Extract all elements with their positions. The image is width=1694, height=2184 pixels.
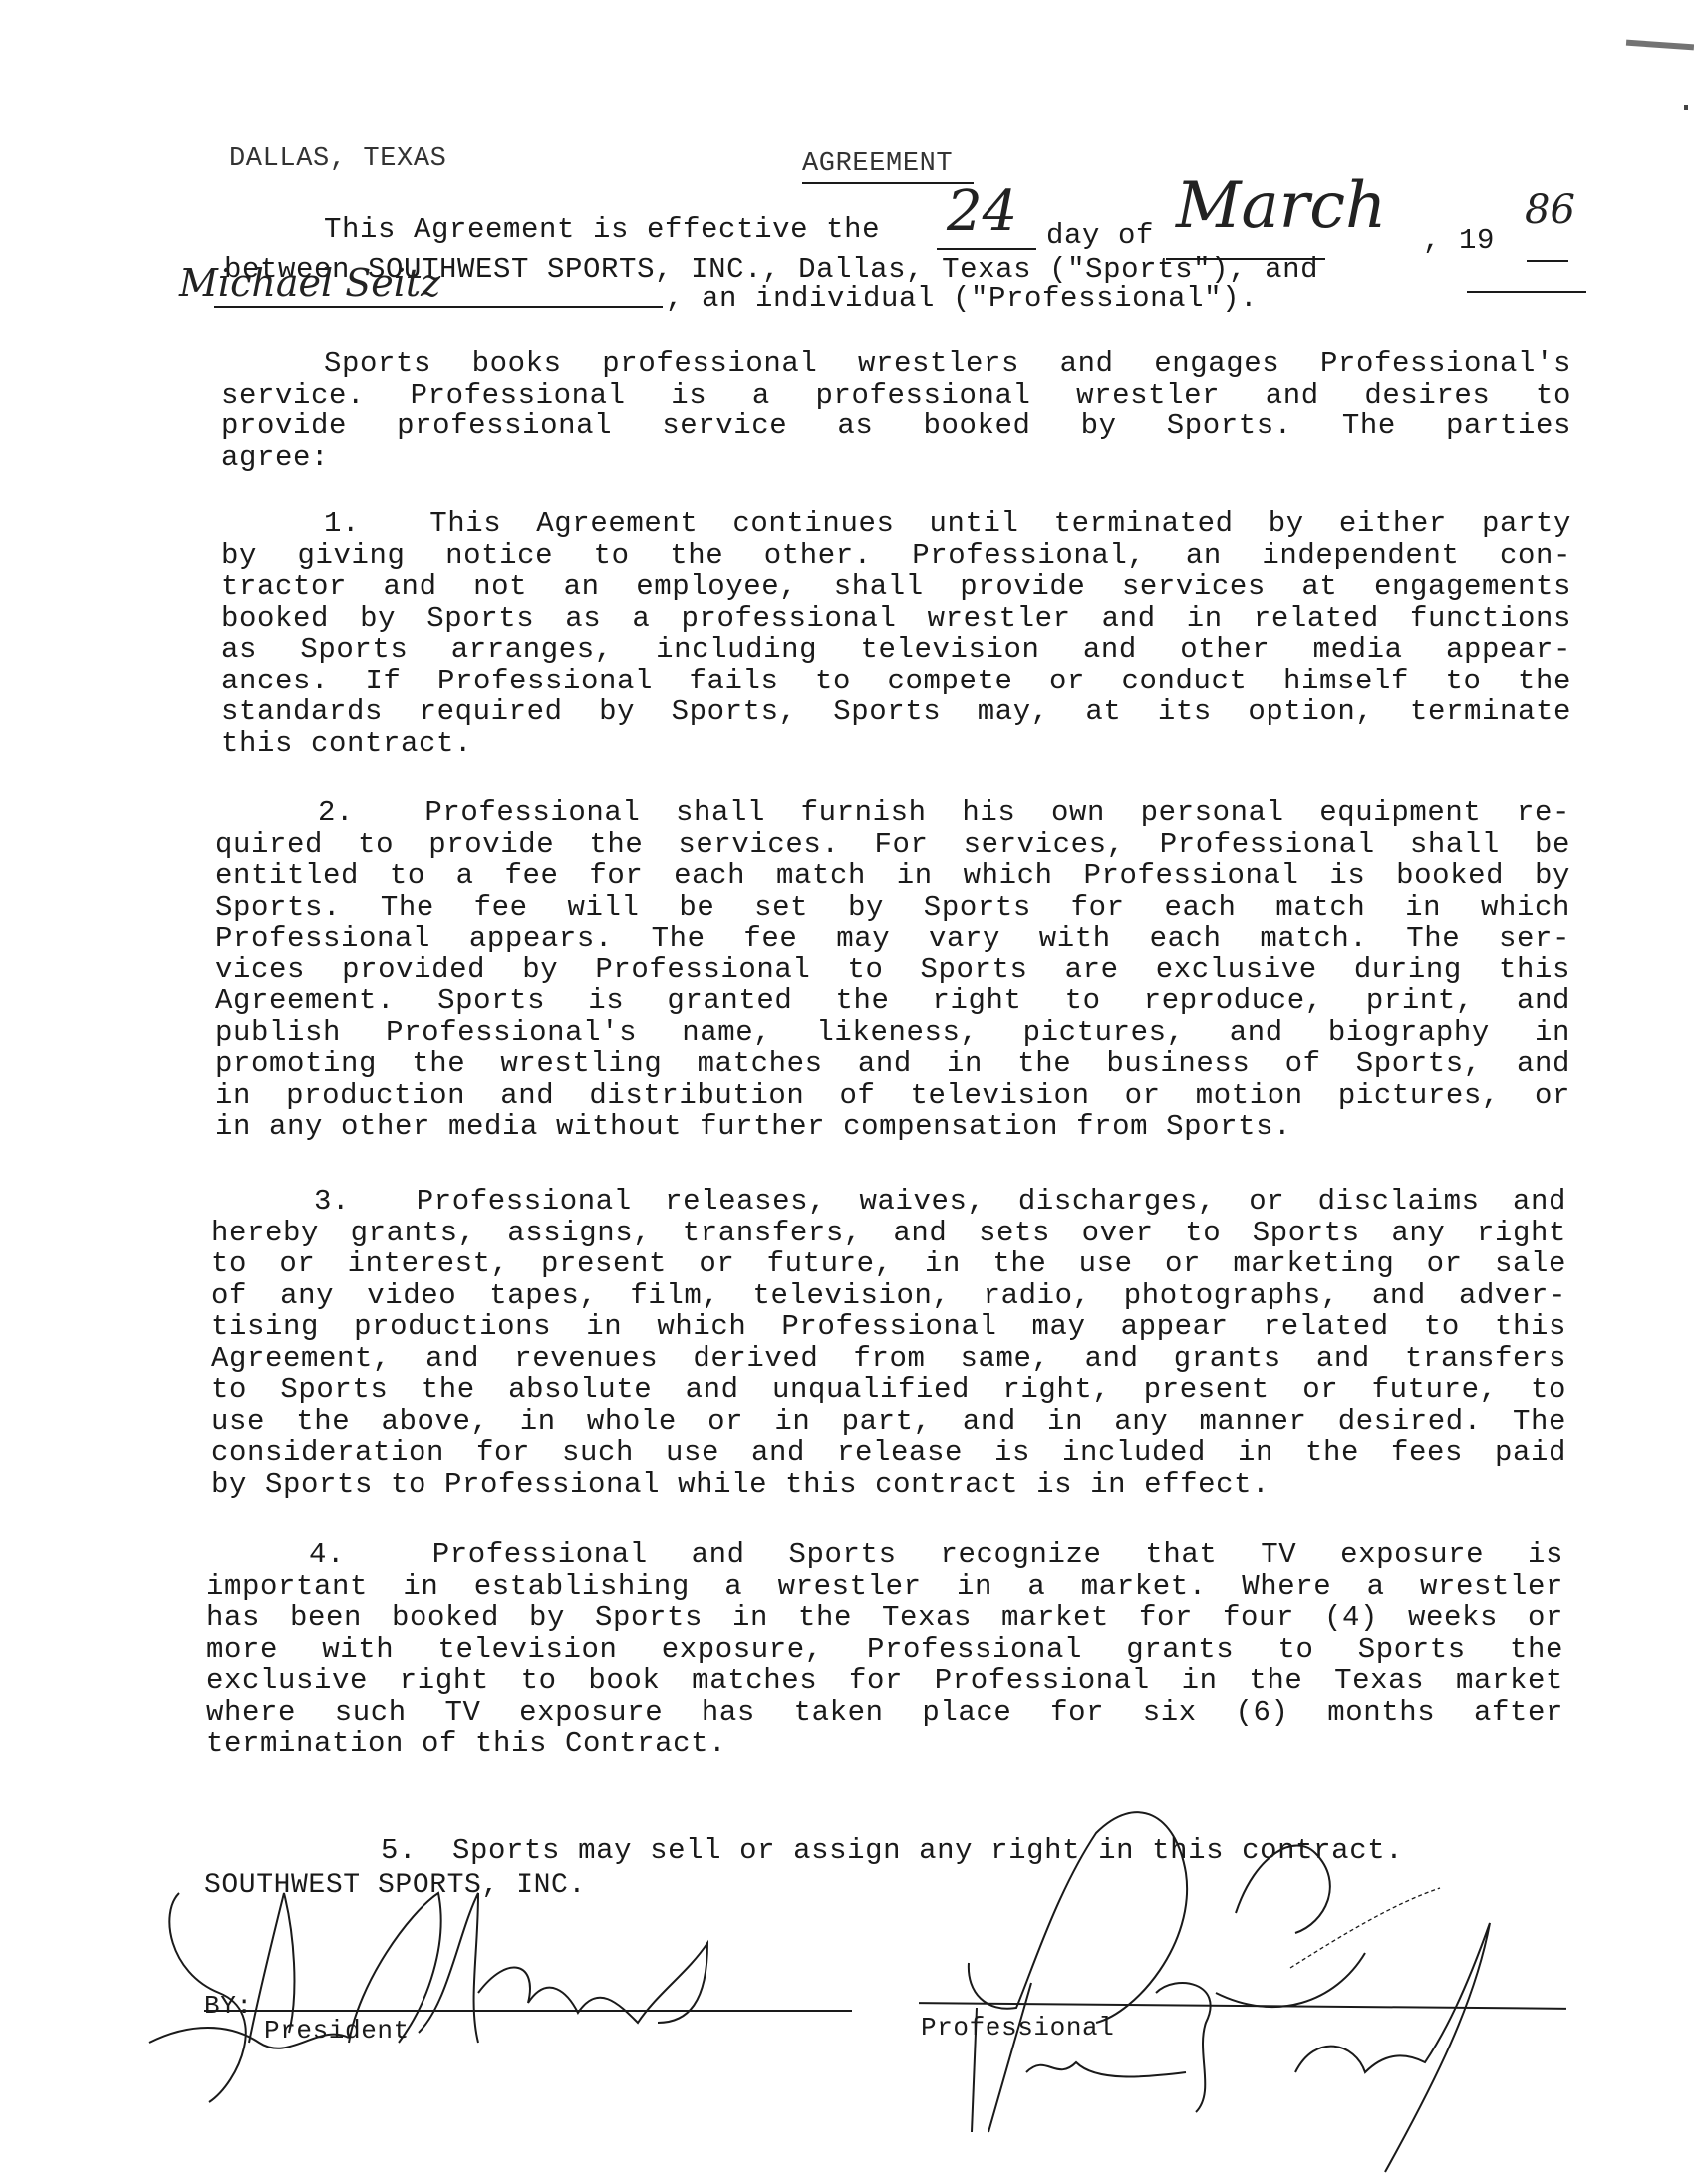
clause-line: Agreement, and revenues derived from sam…: [211, 1343, 1566, 1375]
clause-line: 2. Professional shall furnish his own pe…: [215, 797, 1570, 829]
preamble-line: provide professional service as booked b…: [221, 410, 1571, 442]
document-title: AGREEMENT: [802, 149, 953, 179]
clause-2: 2. Professional shall furnish his own pe…: [215, 797, 1570, 1143]
clause-line: Professional appears. The fee may vary w…: [215, 923, 1570, 955]
preamble-line: Sports books professional wrestlers and …: [221, 348, 1571, 380]
company-signature: [149, 1853, 847, 2112]
year-prefix: , 19: [1423, 224, 1495, 257]
clause-3: 3. Professional releases, waives, discha…: [211, 1186, 1566, 1500]
clause-line: vices provided by Professional to Sports…: [215, 955, 1570, 986]
opening-text-2: day of: [1046, 219, 1154, 252]
clause-line: in production and distribution of televi…: [215, 1080, 1570, 1112]
clause-line: entitled to a fee for each match in whic…: [215, 860, 1570, 892]
and-blank-line: [1467, 291, 1586, 293]
handwritten-month: March: [1176, 169, 1386, 243]
professional-signature: [897, 1793, 1614, 2184]
scan-artifact-dot: [1684, 105, 1688, 110]
clause-line: tractor and not an employee, shall provi…: [221, 571, 1571, 603]
clause-line: 3. Professional releases, waives, discha…: [211, 1186, 1566, 1218]
clause-line: as Sports arranges, including television…: [221, 634, 1571, 666]
clause-line: consideration for such use and release i…: [211, 1437, 1566, 1469]
clause-text: Professional shall furnish his own perso…: [424, 796, 1570, 829]
clause-number: 1.: [324, 507, 360, 540]
clause-line: standards required by Sports, Sports may…: [221, 696, 1571, 728]
clause-line: Agreement. Sports is granted the right t…: [215, 985, 1570, 1017]
clause-line: by giving notice to the other. Professio…: [221, 540, 1571, 572]
contract-page: DALLAS, TEXAS AGREEMENT This Agreement i…: [0, 0, 1694, 2184]
clause-line: Sports. The fee will be set by Sports fo…: [215, 892, 1570, 924]
clause-1: 1. This Agreement continues until termin…: [221, 508, 1571, 759]
clause-line: publish Professional's name, likeness, p…: [215, 1017, 1570, 1049]
scan-artifact-mark: [1626, 40, 1694, 51]
clause-line: of any video tapes, film, television, ra…: [211, 1280, 1566, 1312]
year-blank-line: [1527, 260, 1568, 262]
clause-number: 2.: [318, 796, 354, 829]
clause-line: ances. If Professional fails to compete …: [221, 666, 1571, 697]
preamble-line: service. Professional is a professional …: [221, 380, 1571, 411]
clause-line: to Sports the absolute and unqualified r…: [211, 1374, 1566, 1406]
clause-line: use the above, in whole or in part, and …: [211, 1406, 1566, 1438]
opening-line-3: , an individual ("Professional").: [666, 282, 1258, 315]
clause-number: 4.: [309, 1538, 345, 1571]
clause-4: 4. Professional and Sports recognize tha…: [206, 1539, 1563, 1760]
clause-line: to or interest, present or future, in th…: [211, 1248, 1566, 1280]
preamble-paragraph: Sports books professional wrestlers and …: [221, 348, 1571, 473]
preamble-line: agree:: [221, 442, 1571, 474]
clause-line: more with television exposure, Professio…: [206, 1634, 1563, 1666]
clause-line: promoting the wrestling matches and in t…: [215, 1048, 1570, 1080]
clause-text: Professional and Sports recognize that T…: [432, 1538, 1563, 1571]
clause-line: booked by Sports as a professional wrest…: [221, 603, 1571, 635]
clause-line: quired to provide the services. For serv…: [215, 829, 1570, 861]
day-blank-line: [937, 248, 1036, 250]
clause-line: this contract.: [221, 728, 1571, 760]
clause-line: has been booked by Sports in the Texas m…: [206, 1602, 1563, 1634]
clause-line: exclusive right to book matches for Prof…: [206, 1665, 1563, 1697]
clause-line: 1. This Agreement continues until termin…: [221, 508, 1571, 540]
clause-text: This Agreement continues until terminate…: [429, 507, 1571, 540]
clause-line: important in establishing a wrestler in …: [206, 1571, 1563, 1603]
clause-text: Professional releases, waives, discharge…: [417, 1185, 1566, 1218]
handwritten-year: 86: [1525, 187, 1575, 233]
clause-line: in any other media without further compe…: [215, 1111, 1570, 1143]
handwritten-professional-name: Michael Seitz: [179, 261, 440, 305]
clause-number: 3.: [314, 1185, 350, 1218]
clause-line: where such TV exposure has taken place f…: [206, 1697, 1563, 1729]
clause-line: tising productions in which Professional…: [211, 1311, 1566, 1343]
name-blank-line: [214, 306, 663, 308]
clause-line: 4. Professional and Sports recognize tha…: [206, 1539, 1563, 1571]
handwritten-day: 24: [947, 179, 1017, 244]
clause-line: hereby grants, assigns, transfers, and s…: [211, 1218, 1566, 1249]
clause-line: termination of this Contract.: [206, 1728, 1563, 1760]
opening-text-1: This Agreement is effective the: [324, 213, 880, 246]
location-heading: DALLAS, TEXAS: [229, 144, 446, 174]
clause-line: by Sports to Professional while this con…: [211, 1469, 1566, 1501]
